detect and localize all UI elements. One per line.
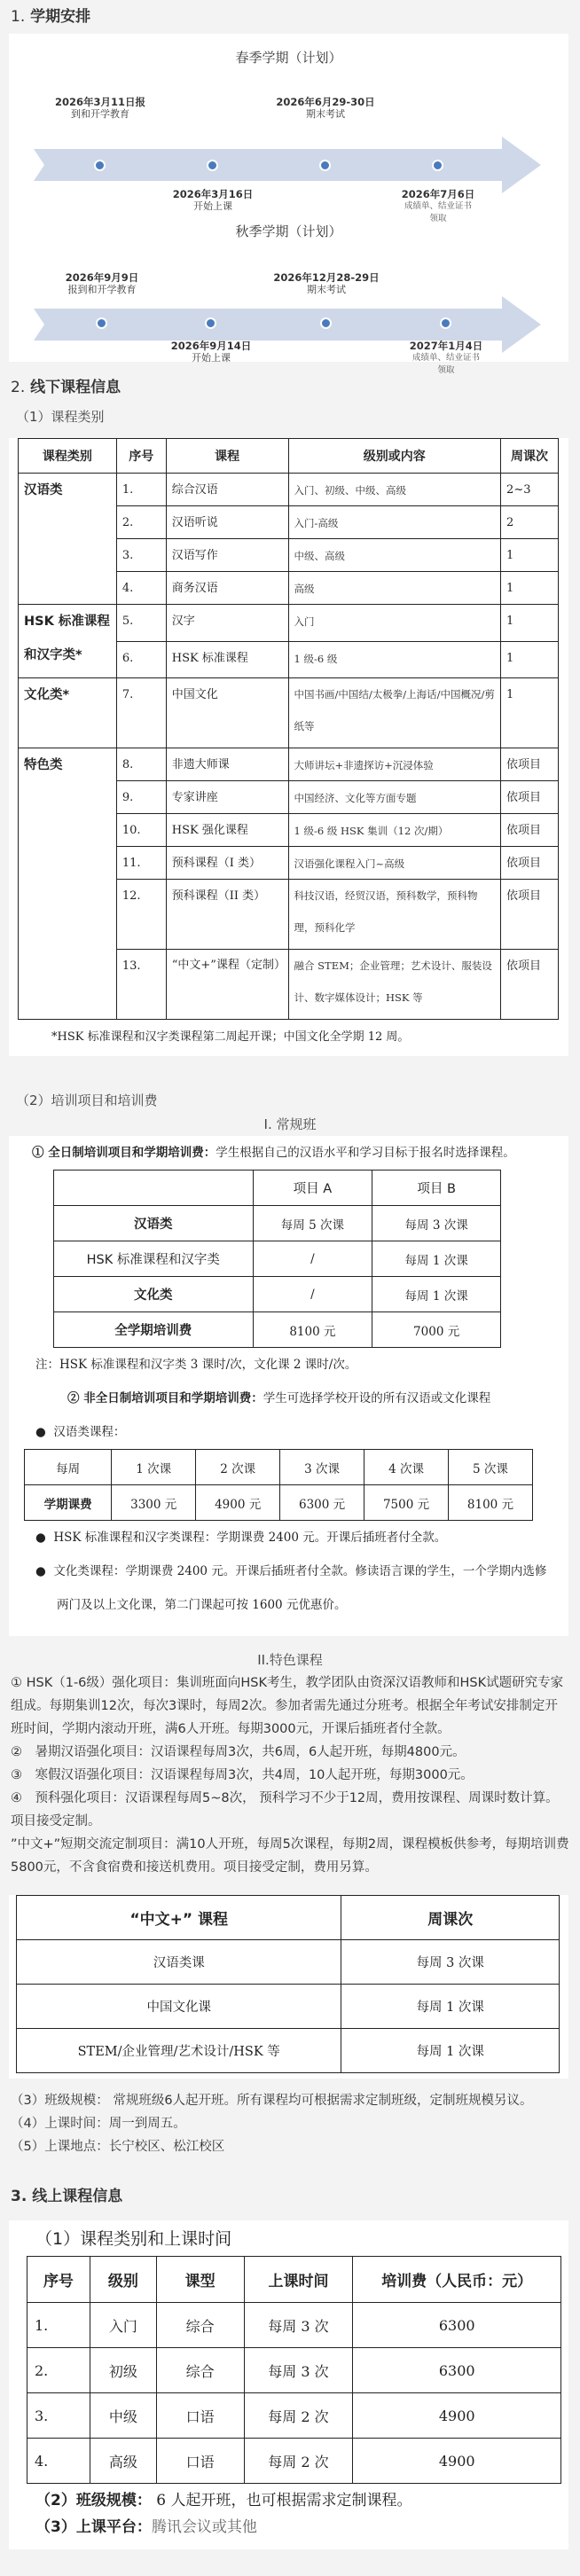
spring-event-2: 2026年3月16日 开始上课 — [173, 188, 254, 213]
bullet-culture-fee: ● 文化类课程：学期课费 2400 元。开课后插班者付全款。修读语言课的学生，一… — [9, 1554, 568, 1622]
online-platform: （3）上课平台：腾讯会议或其他 — [9, 2514, 568, 2541]
special-hsk-intensive: ① HSK（1-6级）强化项目：集训班面向HSK考生，教学团队由资深汉语教师和H… — [9, 1672, 571, 1741]
online-class-size: （2）班级规模： 6 人起开班，也可根据需求定制课程。 — [9, 2487, 568, 2514]
semester-timeline: 春季学期（计划） 2026年3月11日报 到和开学教育 2026年3月16日 开… — [9, 34, 568, 362]
spring-event-3: 2026年6月29-30日 期末考试 — [276, 96, 374, 121]
table-row: 汉语类 1. 综合汉语 入门、初级、中级、高级 2~3 — [19, 474, 559, 506]
timeline-dot — [319, 160, 331, 171]
spring-title: 春季学期（计划） — [9, 48, 568, 67]
bullet-icon: ● — [35, 1425, 53, 1439]
autumn-event-3: 2026年12月28-29日 期末考试 — [273, 271, 379, 296]
table-row: 文化类 / 每周 1 次课 — [54, 1277, 501, 1312]
regular-class-card: ① 全日制培训项目和学期培训费：学生根据自己的汉语水平和学习目标于报名时选择课程… — [9, 1136, 568, 1636]
timeline-dot — [440, 317, 451, 329]
autumn-title: 秋季学期（计划） — [9, 222, 568, 240]
timeline-dot — [96, 317, 107, 329]
training-fee-subheading: （2）培训项目和培训费 — [9, 1088, 571, 1113]
online-course-subheading: （1）课程类别和上课时间 — [9, 2226, 568, 2252]
table-row: 文化类* 7. 中国文化 中国书画/中国结/太极拳/上海话/中国概况/剪纸等 1 — [19, 678, 559, 748]
table-row: 汉语类 每周 5 次课 每周 3 次课 — [54, 1206, 501, 1241]
special-chinese-plus: ”中文+”短期交流定制项目：满10人开班，每周5次课程，每期2周，课程模板供参考… — [9, 1833, 571, 1879]
online-course-table: 序号 级别 课型 上课时间 培训费（人民币：元） 1. 入门 综合 每周 3 次… — [27, 2256, 561, 2484]
autumn-event-1: 2026年9月9日 报到和开学教育 — [66, 271, 139, 296]
table-row: 汉语类课 每周 3 次课 — [17, 1940, 560, 1985]
table-row: 中国文化课 每周 1 次课 — [17, 1985, 560, 2029]
fulltime-note: 注：HSK 标准课程和汉字类 3 课时/次，文化课 2 课时/次。 — [9, 1348, 568, 1382]
timeline-dot — [432, 160, 443, 171]
table-row: 学期课费 3300 元 4900 元 6300 元 7500 元 8100 元 — [25, 1485, 533, 1521]
table-header-row: 序号 级别 课型 上课时间 培训费（人民币：元） — [27, 2257, 561, 2303]
chinese-plus-table: “中文+” 课程 周课次 汉语类课 每周 3 次课 中国文化课 每周 1 次课 … — [16, 1895, 560, 2073]
autumn-event-2: 2026年9月14日 开始上课 — [171, 340, 252, 364]
special-courses-title: II.特色课程 — [9, 1648, 571, 1672]
spring-arrow-icon — [34, 137, 541, 193]
section-3-heading: 3. 线上课程信息 — [9, 2180, 571, 2213]
bullet-chinese-courses: ● 汉语类课程： — [9, 1415, 568, 1449]
timeline-dot — [94, 160, 106, 171]
table-header-row: 项目 A 项目 B — [54, 1171, 501, 1206]
section-2-title: 线下课程信息 — [30, 379, 121, 396]
bullet-hsk-fee: ● HSK 标准课程和汉字类课程：学期课费 2400 元。开课后插班者付全款。 — [9, 1521, 568, 1554]
special-winter: ③ 寒假汉语强化项目：汉语课程每周3次，共4周，10人起开班，每期3000元。 — [9, 1764, 571, 1787]
bullet-icon: ● — [35, 1564, 53, 1578]
regular-class-title: I. 常规班 — [9, 1113, 571, 1136]
course-table-footnote: *HSK 标准课程和汉字类课程第二周起开课；中国文化全学期 12 周。 — [9, 1020, 568, 1054]
parttime-intro: ② 非全日制培训项目和学期培训费：学生可选择学校开设的所有汉语或文化课程 — [9, 1382, 568, 1415]
table-row: HSK 标准课程和汉字类 / 每周 1 次课 — [54, 1241, 501, 1277]
table-header-row: “中文+” 课程 周课次 — [17, 1896, 560, 1940]
bullet-icon: ● — [35, 1531, 53, 1545]
fulltime-intro: ① 全日制培训项目和学期培训费：学生根据自己的汉语水平和学习目标于报名时选择课程… — [9, 1136, 568, 1170]
spring-event-4: 2026年7月6日 成绩单、结业证书 领取 — [402, 188, 475, 225]
special-prep: ④ 预科强化项目：汉语课程每周5~8次， 预科学习不少于12周，费用按课程、周课… — [9, 1787, 571, 1833]
spring-event-1: 2026年3月11日报 到和开学教育 — [55, 96, 145, 121]
table-header-row: 课程类别 序号 课程 级别或内容 周课次 — [19, 439, 559, 474]
page: 1. 学期安排 春季学期（计划） 2026年3月11日报 到和开学教育 2026… — [0, 0, 580, 2576]
course-category-subheading: （1）课程类别 — [9, 404, 571, 429]
class-size: （3）班级规模： 常规班级6人起开班。所有课程均可根据需求定制班级，定制班规模另… — [9, 2089, 571, 2112]
table-row: HSK 标准课程和汉字类* 5. 汉字 入门 1 — [19, 605, 559, 642]
section-1-heading: 1. 学期安排 — [9, 0, 571, 34]
table-row: 3. 中级 口语 每周 2 次 4900 — [27, 2393, 561, 2439]
section-1-title: 学期安排 — [30, 8, 90, 26]
table-row: 4. 高级 口语 每周 2 次 4900 — [27, 2439, 561, 2484]
fulltime-fee-table: 项目 A 项目 B 汉语类 每周 5 次课 每周 3 次课 HSK 标准课程和汉… — [53, 1170, 501, 1348]
table-row: 全学期培训费 8100 元 7000 元 — [54, 1312, 501, 1348]
timeline-dot — [207, 160, 218, 171]
course-category-table: 课程类别 序号 课程 级别或内容 周课次 汉语类 1. 综合汉语 入门、初级、中… — [18, 438, 559, 1020]
timeline-dot — [320, 317, 332, 329]
special-summer: ② 暑期汉语强化项目：汉语课程每周3次，共6周，6人起开班，每期4800元。 — [9, 1741, 571, 1764]
class-time: （4）上课时间：周一到周五。 — [9, 2112, 571, 2135]
course-category-card: 课程类别 序号 课程 级别或内容 周课次 汉语类 1. 综合汉语 入门、初级、中… — [9, 438, 568, 1056]
autumn-event-4: 2027年1月4日 成绩单、结业证书 领取 — [410, 340, 483, 377]
class-location: （5）上课地点：长宁校区、松江校区 — [9, 2135, 571, 2158]
section-2-heading: 2. 线下课程信息 — [9, 371, 571, 404]
table-header-row: 每周 1 次课 2 次课 3 次课 4 次课 5 次课 — [25, 1450, 533, 1485]
table-row: 2. 初级 综合 每周 3 次 6300 — [27, 2348, 561, 2393]
table-row: 1. 入门 综合 每周 3 次 6300 — [27, 2303, 561, 2348]
parttime-fee-table: 每周 1 次课 2 次课 3 次课 4 次课 5 次课 学期课费 3300 元 … — [24, 1449, 533, 1521]
timeline-dot — [205, 317, 216, 329]
table-row: STEM/企业管理/艺术设计/HSK 等 每周 1 次课 — [17, 2029, 560, 2073]
online-course-card: （1）课程类别和上课时间 序号 级别 课型 上课时间 培训费（人民币：元） 1.… — [9, 2220, 568, 2549]
table-row: 特色类 8. 非遗大师课 大师讲坛+非遗探访+沉浸体验 依项目 — [19, 748, 559, 781]
chinese-plus-card: “中文+” 课程 周课次 汉语类课 每周 3 次课 中国文化课 每周 1 次课 … — [9, 1895, 568, 2079]
